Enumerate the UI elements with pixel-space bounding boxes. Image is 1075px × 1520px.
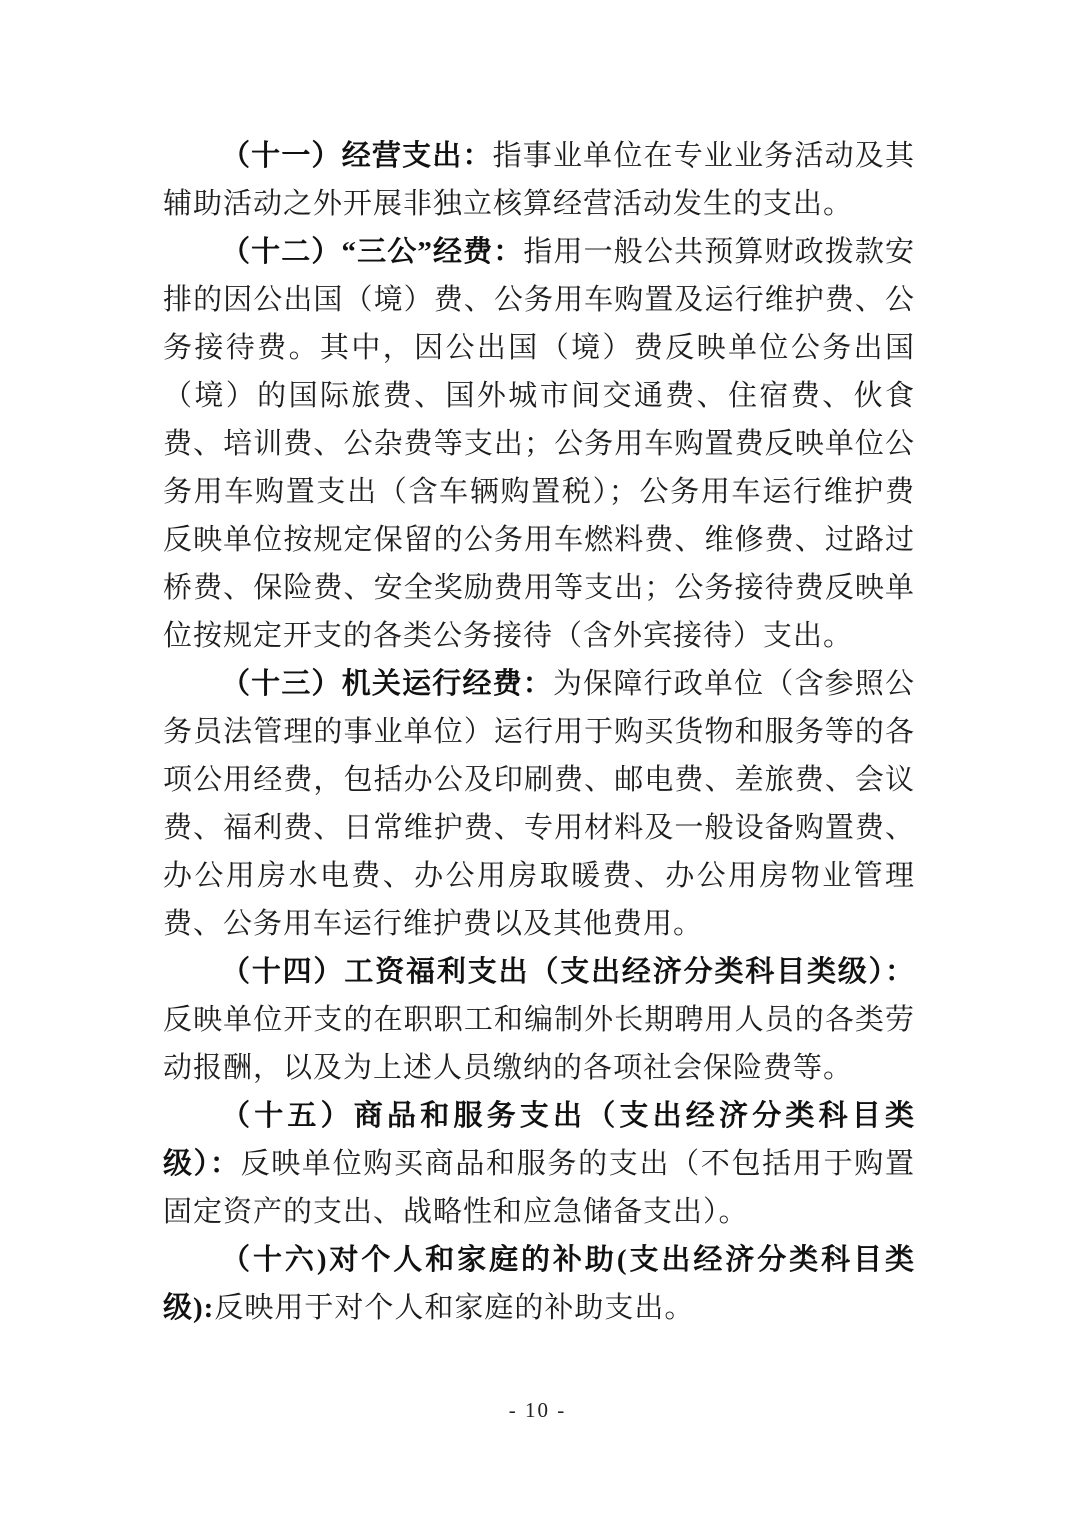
paragraph-12: （十二）“三公”经费：指用一般公共预算财政拨款安排的因公出国（境）费、公务用车购… — [163, 228, 915, 660]
document-body: （十一）经营支出：指事业单位在专业业务活动及其辅助活动之外开展非独立核算经营活动… — [163, 132, 915, 1332]
paragraph-13-body: 为保障行政单位（含参照公务员法管理的事业单位）运行用于购买货物和服务等的各项公用… — [163, 668, 915, 940]
paragraph-11: （十一）经营支出：指事业单位在专业业务活动及其辅助活动之外开展非独立核算经营活动… — [163, 132, 915, 228]
document-page: （十一）经营支出：指事业单位在专业业务活动及其辅助活动之外开展非独立核算经营活动… — [0, 0, 1075, 1520]
paragraph-13: （十三）机关运行经费：为保障行政单位（含参照公务员法管理的事业单位）运行用于购买… — [163, 660, 915, 948]
paragraph-14-lead: （十四）工资福利支出（支出经济分类科目类级）： — [221, 956, 915, 988]
paragraph-12-body: 指用一般公共预算财政拨款安排的因公出国（境）费、公务用车购置及运行维护费、公务接… — [163, 236, 915, 652]
paragraph-11-lead: （十一）经营支出： — [221, 140, 493, 172]
paragraph-16-body: 反映用于对个人和家庭的补助支出。 — [214, 1292, 694, 1324]
paragraph-14-body: 反映单位开支的在职职工和编制外长期聘用人员的各类劳动报酬，以及为上述人员缴纳的各… — [163, 1004, 915, 1084]
paragraph-14: （十四）工资福利支出（支出经济分类科目类级）：反映单位开支的在职职工和编制外长期… — [163, 948, 915, 1092]
paragraph-12-lead: （十二）“三公”经费： — [221, 236, 523, 268]
paragraph-15: （十五）商品和服务支出（支出经济分类科目类级）：反映单位购买商品和服务的支出（不… — [163, 1092, 915, 1236]
paragraph-13-lead: （十三）机关运行经费： — [221, 668, 553, 700]
paragraph-15-body: 反映单位购买商品和服务的支出（不包括用于购置固定资产的支出、战略性和应急储备支出… — [163, 1148, 915, 1228]
page-number: - 10 - — [0, 1398, 1075, 1423]
paragraph-16: （十六)对个人和家庭的补助(支出经济分类科目类级):反映用于对个人和家庭的补助支… — [163, 1236, 915, 1332]
